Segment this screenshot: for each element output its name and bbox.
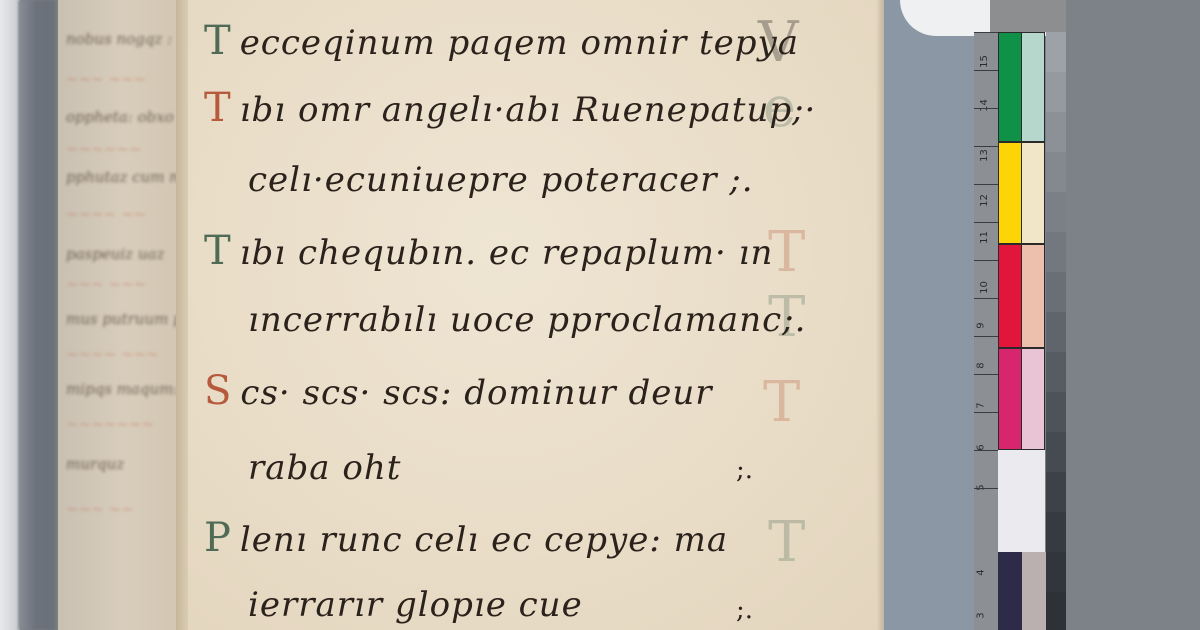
ruler-label: 12	[979, 194, 990, 207]
showthrough-initial: T	[763, 370, 800, 435]
book-cover-board	[18, 0, 62, 630]
ghost-line-red: ~~~~ ~~	[66, 205, 146, 223]
ghost-line-red: ~~~ ~~	[66, 500, 134, 518]
line-text: cs· scs· scs: dominur deur	[240, 373, 712, 413]
color-patch-pink	[1021, 348, 1045, 450]
centimeter-ruler: 15 14 13 12 11 10 9 8 7 6 5 4 3	[974, 32, 998, 630]
ruler-label: 10	[979, 281, 990, 294]
line-text: ıbı chequbın. ec repaplum· ın	[240, 233, 774, 273]
ruler-label: 9	[976, 322, 987, 328]
initial-letter: T	[204, 85, 232, 131]
ghost-line-red: ~~~ ~~~	[66, 70, 146, 88]
manuscript-line: ierrarır glopıe cue	[248, 585, 583, 625]
line-text: celı·ecuniuepre poteracer ;.	[248, 160, 754, 200]
ghost-line: nobus nogqz :	[66, 30, 172, 48]
color-patch-white	[998, 450, 1045, 552]
line-end-mark: ;.	[736, 455, 753, 485]
ruler-label: 8	[976, 362, 987, 368]
line-text: ierrarır glopıe cue	[248, 585, 583, 625]
ghost-line-red: ~~~~~~	[66, 140, 141, 158]
ghost-line-red: ~~~~ ~~~	[66, 345, 159, 363]
manuscript-line: celı·ecuniuepre poteracer ;.	[248, 160, 754, 200]
ghost-line-red: ~~~ ~~~	[66, 275, 146, 293]
ruler-label: 14	[979, 99, 990, 112]
blue-grey-backing-board	[884, 0, 976, 630]
initial-letter: T	[204, 18, 232, 64]
manuscript-line: raba oht	[248, 448, 401, 488]
showthrough-initial: T	[768, 510, 805, 575]
line-text: ecceqinum paqem omnir tepya	[240, 23, 799, 63]
line-text: ıbı omr angelı·abı Ruenepatup;·	[240, 90, 817, 130]
ruler-label: 15	[979, 55, 990, 68]
color-patch-green	[998, 32, 1022, 142]
initial-letter: S	[204, 368, 232, 414]
manuscript-line: Tecceqinum paqem omnir tepya	[204, 18, 799, 64]
ruler-label: 7	[976, 402, 987, 408]
manuscript-line: ıncerrabılı uoce pproclamanc;.	[248, 300, 806, 340]
grey-scale-strip	[1046, 32, 1068, 630]
manuscript-page: V e T T T T Tecceqinum paqem omnir tepya…	[188, 0, 882, 630]
ruler-label: 11	[979, 231, 990, 244]
ruler-label: 3	[976, 612, 987, 618]
background-white-edge	[0, 0, 20, 630]
showthrough-initial: T	[768, 220, 805, 285]
line-text: raba oht	[248, 448, 401, 488]
color-patch-dark-navy	[998, 552, 1022, 630]
manuscript-line: Scs· scs· scs: dominur deur	[204, 368, 713, 414]
initial-letter: P	[204, 515, 232, 561]
color-patch-magenta	[998, 348, 1022, 450]
color-patch-cream	[1021, 142, 1045, 244]
ruler-label: 4	[976, 569, 987, 575]
manuscript-line: Tıbı chequbın. ec repaplum· ın	[204, 228, 773, 274]
ghost-line: pphutaz cum mi	[66, 168, 188, 186]
manuscript-line: Plenı runc celı ec cepye: ma	[204, 515, 728, 561]
manuscript-line: Tıbı omr angelı·abı Ruenepatup;·	[204, 85, 816, 131]
line-end-mark: ;.	[736, 595, 753, 625]
calibration-target-grey-tab	[990, 0, 1070, 32]
ghost-line: mipqs maqum: pxou	[66, 380, 188, 398]
color-patch-yellow	[998, 142, 1022, 244]
color-patch-light-green	[1021, 32, 1045, 142]
ghost-line-red: ~~~~~~~	[66, 415, 154, 433]
ghost-line: paspeuiz uaz	[66, 245, 164, 263]
color-patch-taupe	[1022, 552, 1046, 630]
facing-page-blurred: nobus nogqz : ~~~ ~~~ oppheta: obxo ~~~~…	[58, 0, 188, 630]
line-text: lenı runc celı ec cepye: ma	[240, 520, 728, 560]
ghost-line: oppheta: obxo	[66, 108, 174, 126]
ghost-line: mus putruum plop	[66, 310, 188, 328]
ghost-line: murquz	[66, 455, 124, 473]
ruler-label: 13	[979, 149, 990, 162]
line-text: ıncerrabılı uoce pproclamanc;.	[248, 300, 806, 340]
grey-backdrop	[1066, 0, 1200, 630]
color-patch-salmon	[1021, 244, 1045, 348]
initial-letter: T	[204, 228, 232, 274]
color-patch-red	[998, 244, 1022, 348]
